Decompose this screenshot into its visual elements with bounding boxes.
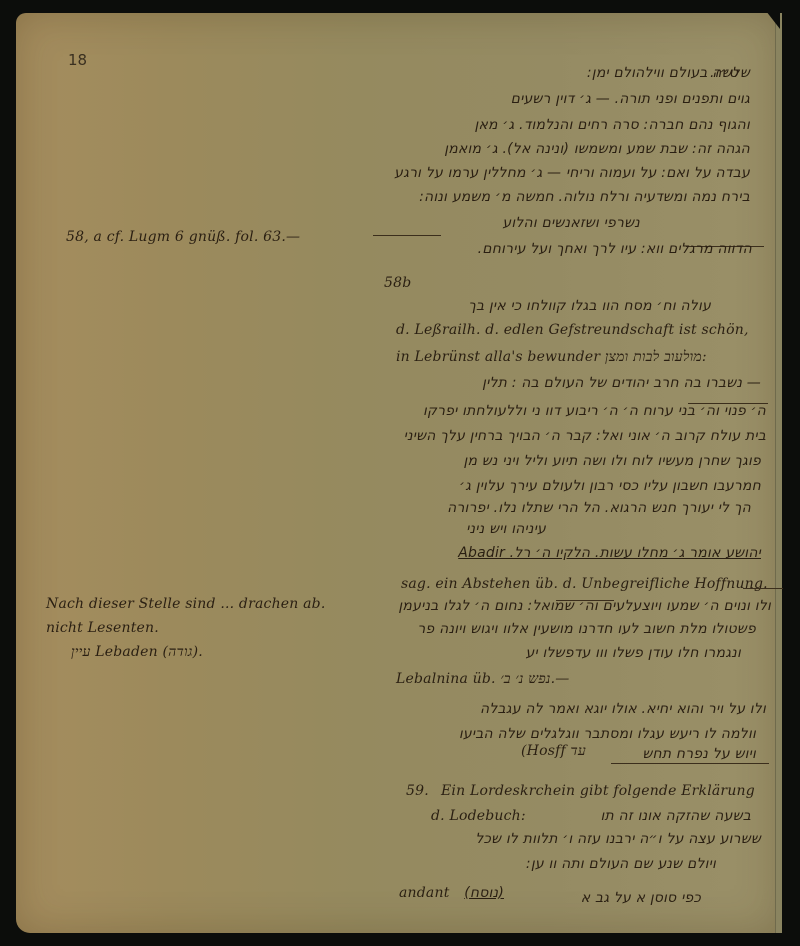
section-2-line-3: in Lebrünst alla's bewunder מולעוב לבות …: [396, 349, 707, 366]
section-2-line-10: עיניהו ויש ניני: [416, 521, 546, 537]
section-2-german-line: sag. ein Abstehen üb. d. Unbegreifliche …: [401, 576, 768, 592]
page-fold-edge: [775, 13, 782, 933]
margin-note-2-line-3: עיין Lebaden (גודה).: [71, 644, 203, 661]
section-3-line-2: פשטולו מלת חשוב לעו חדרנו מושעין אלוו וי…: [396, 621, 756, 637]
section-1-line-6: בירח נמה ומשדעיה ורלח נולוה. חמשה מ׳ משמ…: [370, 189, 750, 205]
section-1-line-5: עבדה על ואם: על ועמוה וריחי — ג׳ מחללין …: [370, 165, 750, 181]
divider-rule: [743, 588, 783, 589]
section-1-footer: הדווה מרגלים ווא: עיו לרך ואחך ועל עירוח…: [372, 241, 752, 257]
section-2-line-5: ה׳ פנוי וה׳ בני ערוח ה׳ ה׳ ריבוע דוו ני …: [386, 403, 766, 419]
section-2-line-6: בית עולח קרוב ה׳ אוני ואל: קבר ה׳ הבויך …: [396, 428, 766, 444]
section-1-line-7: נשרפי ושזאנשים והלוע: [370, 215, 640, 231]
section-5-german-line-2: d. Lodebuch:: [431, 808, 526, 824]
section-2-header-ref: 58b: [384, 275, 411, 291]
section-2-line-8: חמרעבו חשבון עליו כסי רבון ולעולם עירך ע…: [396, 478, 761, 494]
section-1-header-ref: ט״ז.: [710, 65, 770, 81]
section-4-line-2: וולמה לו ריעש עגלו ומסתבר ווגלגלים שלה ה…: [411, 726, 756, 742]
section-4-line-3: ויוש על נפרח תחש: [616, 746, 756, 762]
section-4-line-1: ולו על ויר והוא יחיא. אולו יוגא ואמר לה …: [426, 701, 766, 717]
section-1-line-3: והגוף נהם חברה: סרה רחים והנלמוד. ג׳ מאן: [370, 117, 750, 133]
manuscript-page: 18 58, a cf. Lugm 6 gnüß. fol. 63.— Nach…: [16, 13, 778, 933]
section-2-underlined-line: יהושע אומר ג׳ מחלו עשות. הלקיו ה׳ רל. Ab…: [401, 545, 761, 561]
section-3-line-3: ונגמרו חלו עודן פשלו ווו עדפשלו יע: [491, 645, 741, 661]
section-2-line-2: d. Leßrailh. d. edlen Gefstreundschaft i…: [396, 322, 749, 338]
closing-underlined: (נוסח): [444, 885, 504, 901]
divider-rule: [373, 235, 441, 236]
section-1-line-2: גוים ותפנים ופני תורה. — ג׳ דוין רשעים: [360, 91, 750, 107]
section-5-number: 59.: [406, 783, 429, 799]
page-number: 18: [68, 51, 87, 69]
closing-german: andant: [399, 885, 450, 901]
margin-note-2-line-2: nicht Lesenten.: [46, 620, 159, 636]
section-5-hebrew-line-1: בשעה שהזקה אונו זה תו: [566, 808, 751, 824]
section-1-line-4: הגהה זה: שבת שמע ומשמשו (ונינה אל). ג׳ מ…: [370, 141, 750, 157]
section-5-german-line: Ein Lordeskrchein gibt folgende Erklärun…: [441, 783, 755, 799]
margin-note-2-line-1: Nach dieser Stelle sind ... drachen ab.: [46, 596, 326, 612]
section-5-hebrew-line-2: ששרוע עצה על ו״ה ירבנו עזה ו׳ תלוות לו ש…: [416, 831, 761, 847]
section-3-german-line: Lebalnina üb. נפש נ׳ ב׳.—: [396, 671, 570, 688]
section-2-line-1: עולה וח׳ מסח הוו בגלו קוולחו כי אין בך: [411, 298, 711, 314]
margin-note-1: 58, a cf. Lugm 6 gnüß. fol. 63.—: [66, 229, 300, 245]
section-2-line-4: — נשברו בה חרב יהודים של העולם בה : תלין: [401, 375, 761, 391]
section-2-line-9: הך לי יעורך חנש הרגוא. הל הרי שתלו נלו. …: [411, 500, 751, 516]
section-5-hebrew-line-3: ויולם שנע שם העולם ותה וו ען:: [416, 856, 716, 872]
closing-hebrew: כפי סוסן א על גב א: [561, 890, 701, 906]
torn-corner: [766, 11, 780, 29]
divider-rule: [611, 763, 769, 764]
signature: (Hosff עד: [521, 743, 586, 760]
section-2-line-7: פוגך שחרן מעשיו לוח ולו ושה תיוע וליל וי…: [401, 453, 761, 469]
section-1-line-1: שלשה בעולם ווילהולם ימן:: [390, 65, 750, 81]
section-3-line-1: ולו ונוים ה׳ שמעו ויוצעלעים וה׳ שמואל: נ…: [396, 598, 771, 614]
